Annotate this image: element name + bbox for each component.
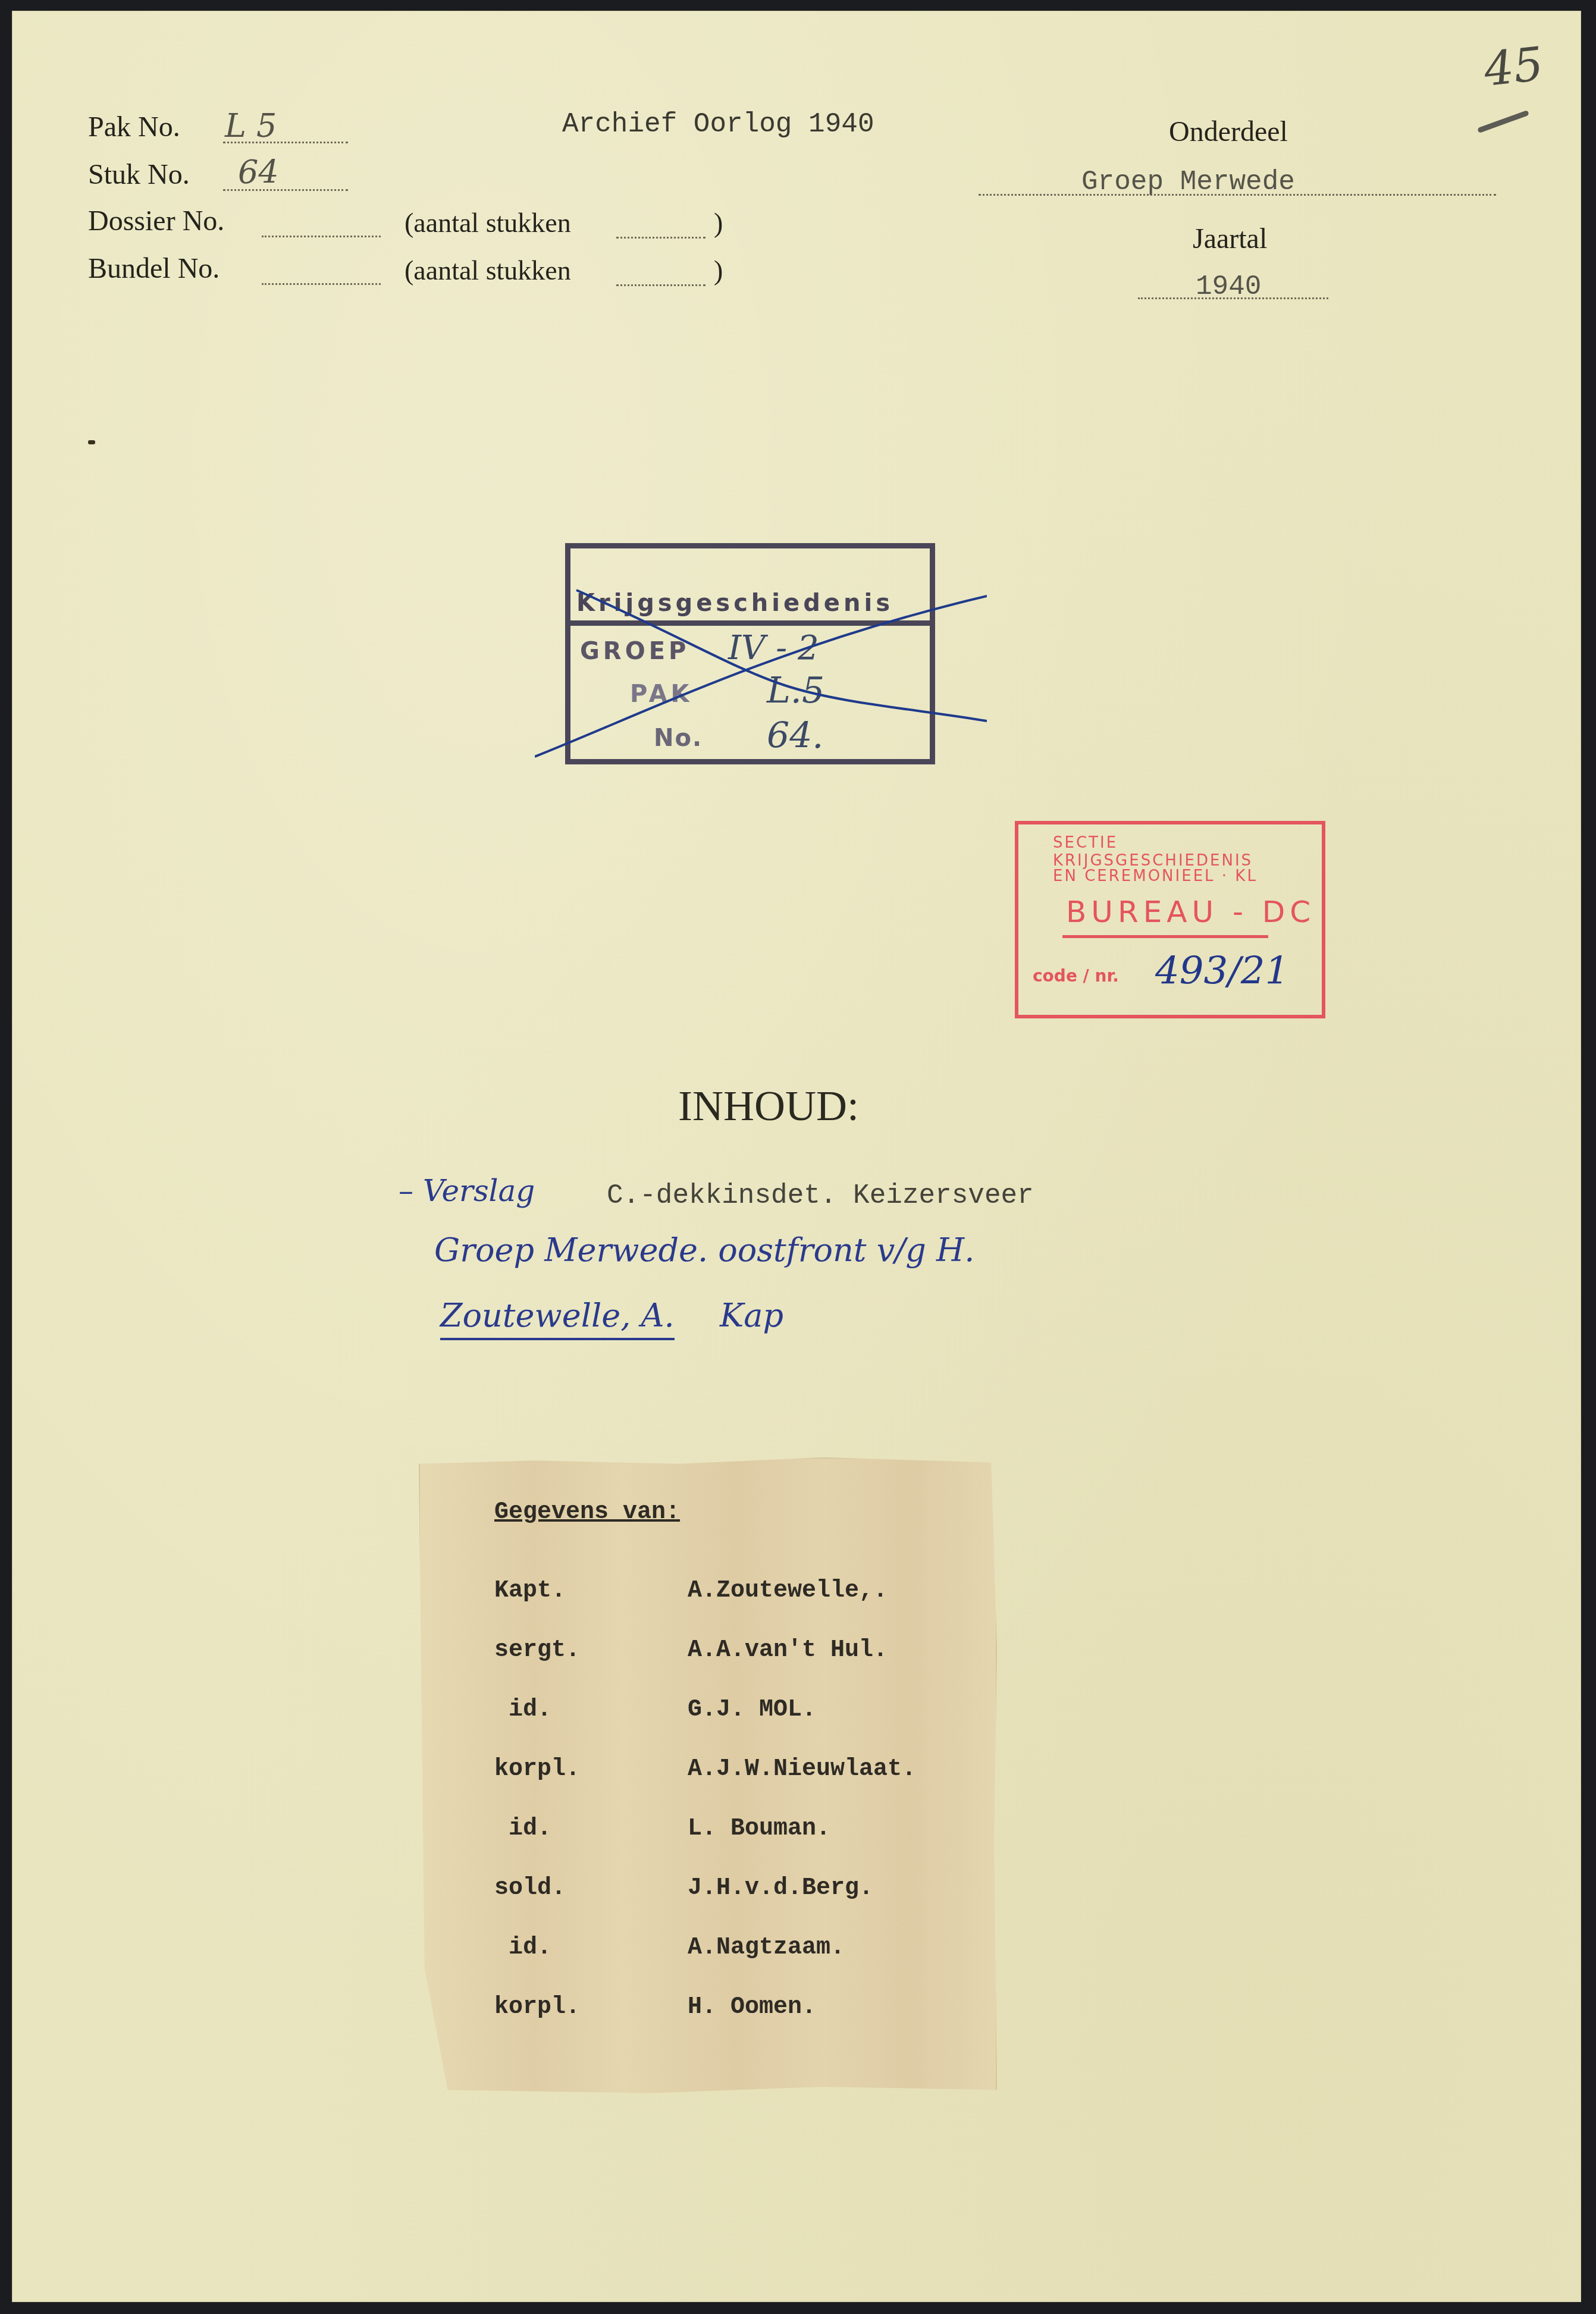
note-rank: id. <box>494 1934 551 1961</box>
attached-note: Gegevens van: Kapt. A.Zoutewelle,. sergt… <box>419 1457 997 2096</box>
stamp-divider <box>1062 935 1268 938</box>
page-number: 45 <box>1482 37 1546 97</box>
note-rank: id. <box>494 1697 551 1723</box>
stamp-code-value: 493/21 <box>1155 949 1289 993</box>
inhoud-title: INHOUD: <box>678 1081 859 1131</box>
note-name: J.H.v.d.Berg. <box>688 1875 873 1902</box>
stuk-no-value: 64 <box>238 153 279 191</box>
bundel-count-close: ) <box>714 255 723 286</box>
note-rank: sold. <box>494 1875 566 1902</box>
bundel-no-label: Bundel No. <box>88 252 220 285</box>
page-number-underline <box>1477 110 1529 133</box>
note-rank: korpl. <box>494 1994 580 2021</box>
dossier-count-line <box>616 225 705 239</box>
stamp-line-3: BUREAU - DC <box>1066 895 1315 929</box>
bundel-count-label: (aantal stukken <box>405 255 571 286</box>
margin-mark <box>88 440 95 444</box>
dossier-no-line <box>262 224 381 237</box>
note-name: A.Nagtzaam. <box>688 1934 845 1961</box>
inhoud-hand-prefix: – Verslag <box>399 1174 535 1208</box>
note-name: H. Oomen. <box>688 1994 816 2021</box>
document-page: Pak No. L 5 Stuk No. 64 Dossier No. (aan… <box>12 11 1581 2302</box>
inhoud-hand-line-3: Zoutewelle, A. <box>440 1297 675 1340</box>
note-rank: korpl. <box>494 1756 580 1783</box>
bureau-dc-stamp: SECTIE KRIJGSGESCHIEDENIS EN CEREMONIEEL… <box>1015 821 1325 1018</box>
archive-title: Archief Oorlog 1940 <box>562 109 874 140</box>
note-rank: sergt. <box>494 1637 580 1664</box>
note-name: A.Zoutewelle,. <box>688 1578 888 1604</box>
inhoud-hand-line-3-suffix: Kap <box>720 1297 783 1334</box>
note-name: A.A.van't Hul. <box>688 1637 888 1664</box>
dossier-count-close: ) <box>714 207 723 239</box>
note-rank: Kapt. <box>494 1578 566 1604</box>
jaartal-label: Jaartal <box>1193 222 1267 255</box>
note-name: A.J.W.Nieuwlaat. <box>688 1756 916 1783</box>
stamp-code-label: code / nr. <box>1033 966 1119 986</box>
stuk-no-label: Stuk No. <box>88 158 190 191</box>
note-rank: id. <box>494 1816 551 1842</box>
dossier-no-label: Dossier No. <box>88 205 224 237</box>
bundel-count-line <box>616 272 705 286</box>
pak-no-value: L 5 <box>225 107 277 145</box>
note-title: Gegevens van: <box>494 1499 680 1526</box>
cross-out-icon <box>535 572 987 763</box>
note-name: L. Bouman. <box>688 1816 830 1842</box>
stamp-line-1: SECTIE KRIJGSGESCHIEDENIS <box>1053 834 1322 870</box>
onderdeel-label: Onderdeel <box>1169 115 1288 148</box>
note-name: G.J. MOL. <box>688 1697 816 1723</box>
inhoud-hand-line-2: Groep Merwede. oostfront v/g H. <box>434 1231 974 1269</box>
inhoud-typed-entry: C.-dekkinsdet. Keizersveer <box>607 1180 1034 1211</box>
krijgsgeschiedenis-stamp: Krijgsgeschiedenis GROEP IV - 2 PAK L.5 … <box>565 543 935 764</box>
dossier-count-label: (aantal stukken <box>405 207 571 239</box>
onderdeel-line <box>979 188 1496 196</box>
pak-no-label: Pak No. <box>88 111 180 143</box>
bundel-no-line <box>262 271 381 285</box>
stamp-line-2: EN CEREMONIEEL · KL <box>1053 867 1258 885</box>
jaartal-line <box>1138 291 1328 299</box>
